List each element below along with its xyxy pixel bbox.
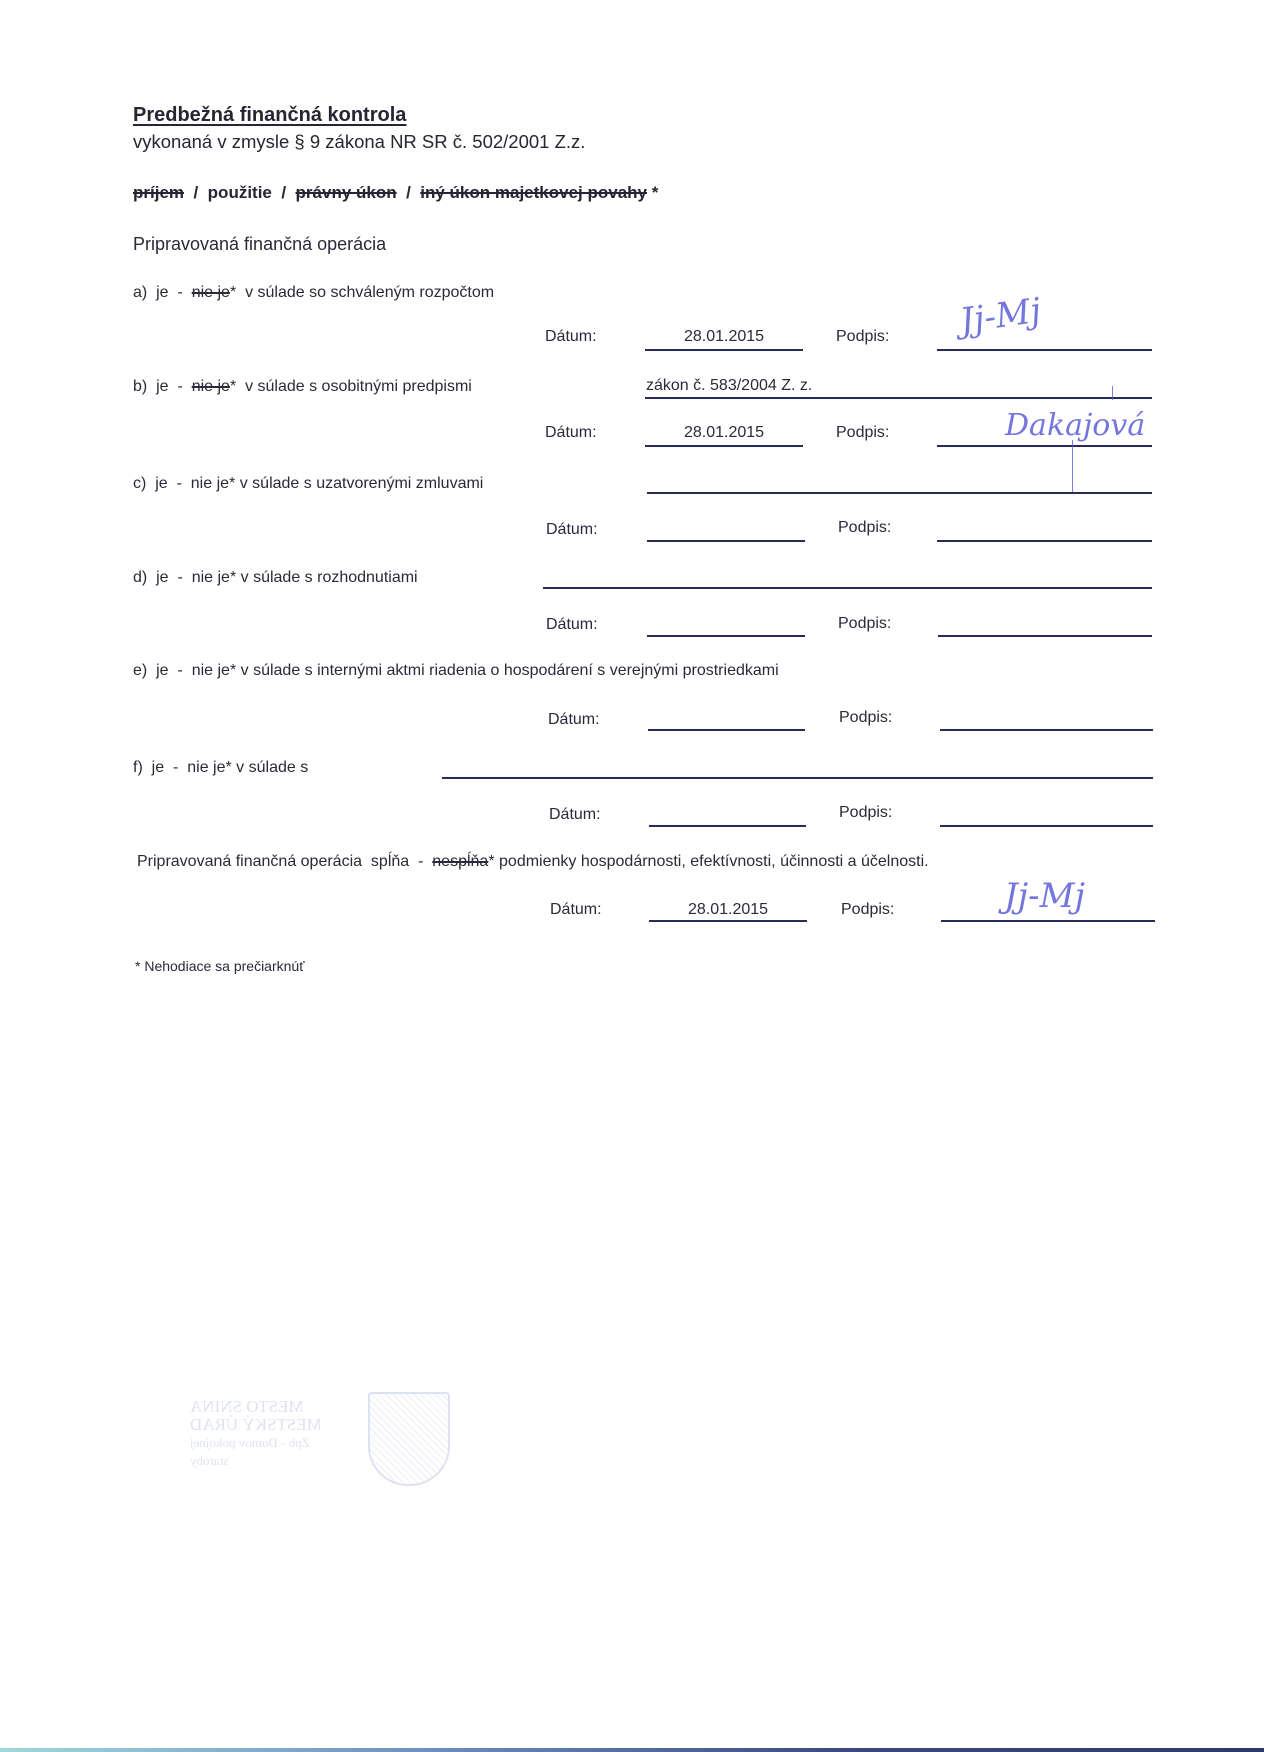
date-line-conclusion xyxy=(649,920,807,922)
date-label-c: Dátum: xyxy=(546,521,598,539)
signature-label-f: Podpis: xyxy=(839,804,892,822)
document-title: Predbežná finančná kontrola xyxy=(133,104,406,127)
date-label-f: Dátum: xyxy=(549,806,601,824)
signature-label-e: Podpis: xyxy=(839,709,892,727)
signature-line-f[interactable] xyxy=(940,825,1153,827)
type-iny-ukon: iný úkon majetkovej povahy xyxy=(420,183,647,202)
stamp-text: MESTO SNINA MESTSKÝ ÚRAD Zpb - Domov pok… xyxy=(190,1398,360,1470)
coat-of-arms-icon xyxy=(368,1392,450,1486)
scan-edge xyxy=(0,1748,1264,1752)
conclusion-text: Pripravovaná finančná operácia spĺňa - n… xyxy=(137,853,929,871)
signature-line-c[interactable] xyxy=(937,540,1152,542)
signature-a: Jj-Mj xyxy=(958,291,1044,342)
footnote: * Nehodiace sa prečiarknúť xyxy=(135,958,304,974)
date-value-b[interactable]: 28.01.2015 xyxy=(645,424,803,442)
date-line-b xyxy=(645,445,803,447)
type-pravny-ukon: právny úkon xyxy=(296,183,397,202)
signature-label-c: Podpis: xyxy=(838,519,891,537)
date-line-f[interactable] xyxy=(649,825,806,827)
section-d: d) je - nie je* v súlade s rozhodnutiami xyxy=(133,569,418,587)
stamp-bleedthrough: MESTO SNINA MESTSKÝ ÚRAD Zpb - Domov pok… xyxy=(190,1392,450,1482)
signature-b: Dakajová xyxy=(1005,408,1145,443)
detail-line-d[interactable] xyxy=(543,587,1152,589)
signature-line-a[interactable] xyxy=(937,349,1152,351)
date-label-conclusion: Dátum: xyxy=(550,901,602,919)
date-line-d[interactable] xyxy=(647,635,805,637)
separator: / xyxy=(193,183,198,202)
section-b: b) je - nie je* v súlade s osobitnými pr… xyxy=(133,378,472,396)
date-line-c[interactable] xyxy=(647,540,805,542)
signature-label-conclusion: Podpis: xyxy=(841,901,894,919)
type-pouzitie: použitie xyxy=(208,183,272,202)
signature-line-d[interactable] xyxy=(938,635,1152,637)
signature-line-b[interactable] xyxy=(937,445,1152,447)
signature-line-e[interactable] xyxy=(940,729,1153,731)
date-label-b: Dátum: xyxy=(545,424,597,442)
date-label-a: Dátum: xyxy=(545,328,597,346)
signature-label-a: Podpis: xyxy=(836,328,889,346)
detail-b[interactable]: zákon č. 583/2004 Z. z. xyxy=(646,377,812,395)
nieje-struck: nie je xyxy=(192,284,230,301)
section-c: c) je - nie je* v súlade s uzatvorenými … xyxy=(133,475,483,493)
signature-label-d: Podpis: xyxy=(838,615,891,633)
document-subtitle: vykonaná v zmysle § 9 zákona NR SR č. 50… xyxy=(133,131,585,153)
section-e: e) je - nie je* v súlade s internými akt… xyxy=(133,662,779,680)
asterisk: * xyxy=(652,183,659,202)
section-a: a) je - nie je* v súlade so schváleným r… xyxy=(133,284,494,302)
signature-label-b: Podpis: xyxy=(836,424,889,442)
operation-types: príjem / použitie / právny úkon / iný úk… xyxy=(133,183,658,203)
signature-stroke xyxy=(1112,386,1113,400)
signature-stroke xyxy=(1072,440,1073,492)
intro-label: Pripravovaná finančná operácia xyxy=(133,234,386,255)
signature-line-conclusion[interactable] xyxy=(941,920,1155,922)
not-meets-struck: nespĺňa xyxy=(432,853,488,870)
date-label-e: Dátum: xyxy=(548,711,600,729)
separator: / xyxy=(406,183,411,202)
detail-line-b xyxy=(645,397,1152,399)
date-value-a[interactable]: 28.01.2015 xyxy=(645,328,803,346)
date-value-conclusion[interactable]: 28.01.2015 xyxy=(649,901,807,919)
type-prijem: príjem xyxy=(133,183,184,202)
detail-line-c[interactable] xyxy=(647,492,1152,494)
nieje-struck: nie je xyxy=(192,378,230,395)
section-f: f) je - nie je* v súlade s xyxy=(133,759,308,777)
signature-conclusion: Jj-Mj xyxy=(1004,876,1085,916)
date-line-a xyxy=(645,349,803,351)
date-label-d: Dátum: xyxy=(546,616,598,634)
detail-line-f[interactable] xyxy=(442,777,1153,779)
separator: / xyxy=(281,183,286,202)
date-line-e[interactable] xyxy=(648,729,805,731)
